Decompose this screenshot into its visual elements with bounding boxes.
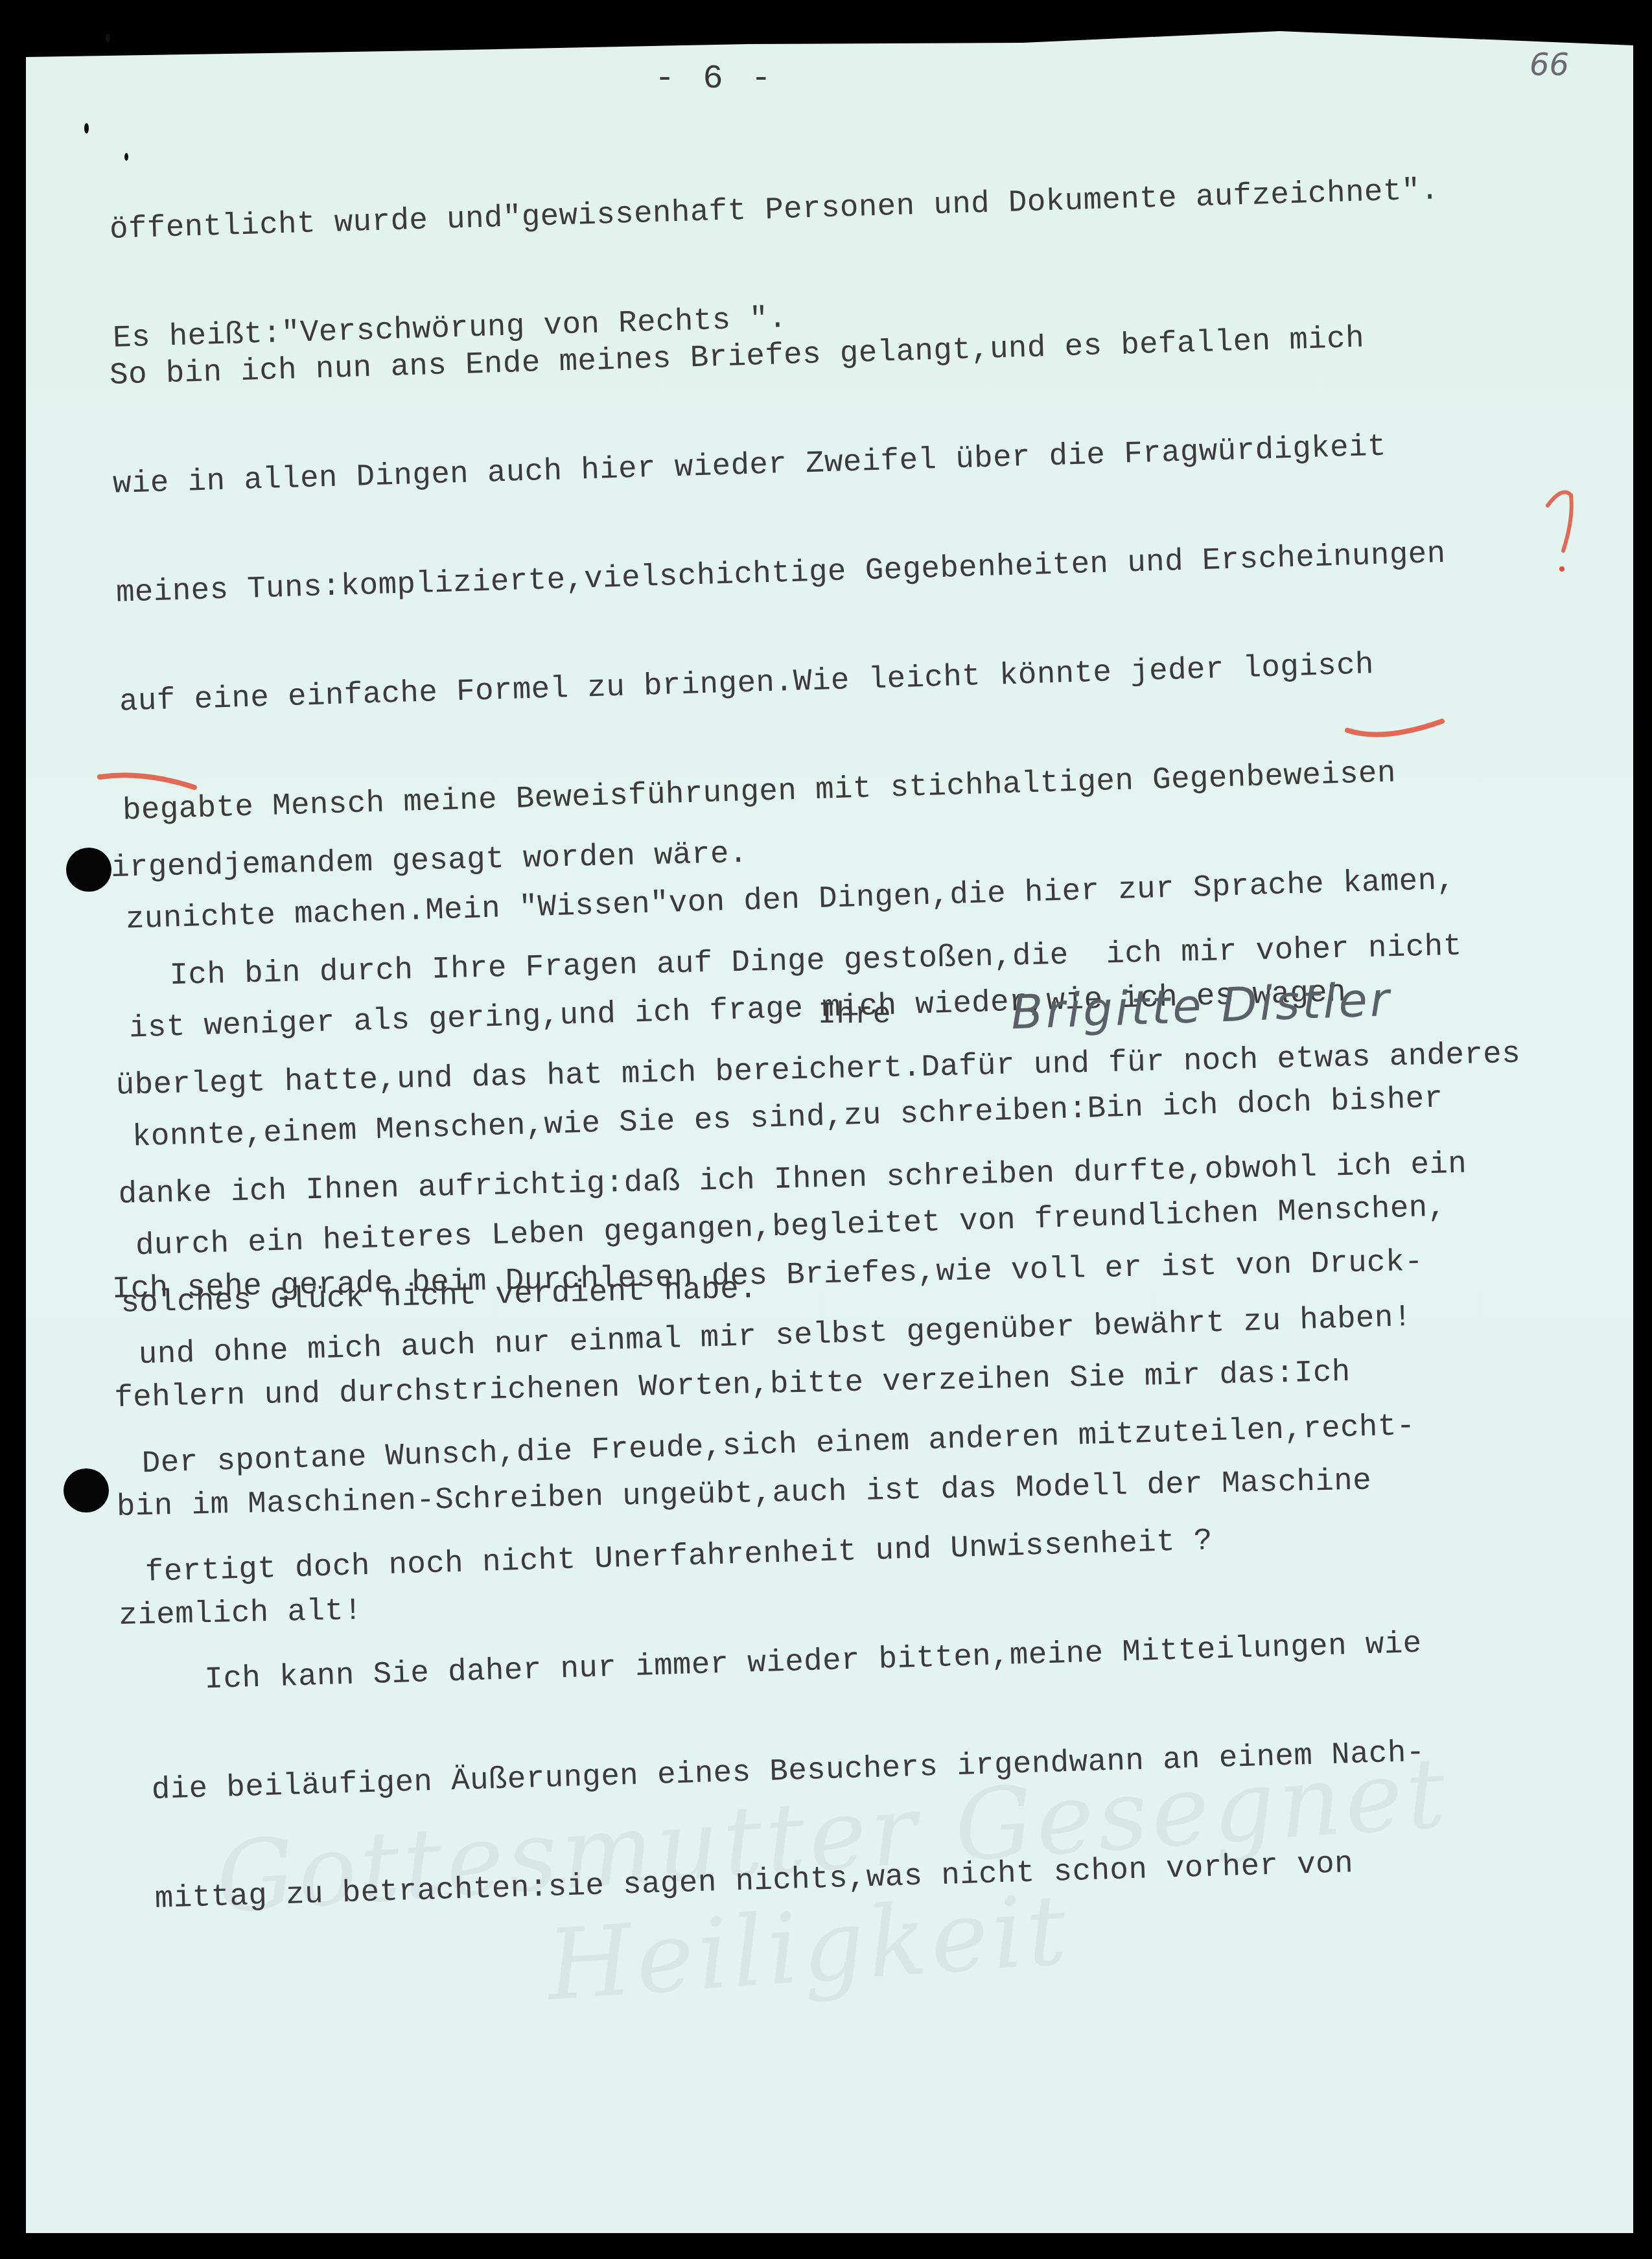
punch-hole [64,1468,109,1512]
red-underline-mark [1345,716,1448,742]
text-line: öffentlicht wurde und"gewissenhaft Perso… [109,172,1439,248]
text-line: ziemlich alt! [119,1570,1430,1634]
text-line: mittag zu betrachten:sie sagen nichts,wa… [154,1842,1485,1917]
scan-speck [84,123,89,133]
text-line: irgendjemandem gesagt worden wäre. [111,818,1517,886]
postscript: Ich sehe gerade beim Durchlesen des Brie… [110,1172,1431,1671]
page-number: - 6 - [655,60,775,98]
red-question-mark-icon [1542,480,1581,577]
text-line: So bin ich nun ans Ende meines Briefes g… [109,318,1439,394]
text-line: überlegt hatte,und das hat mich bereiche… [115,1036,1521,1104]
scan-speck [106,34,110,43]
text-line: fehlern und durchstrichenen Worten,bitte… [114,1353,1426,1417]
text-line: meines Tuns:komplizierte,vielschichtige … [115,536,1446,612]
punch-hole [66,848,111,892]
text-line: Ich sehe gerade beim Durchlesen des Brie… [111,1244,1423,1308]
text-line: bin im Maschinen-Schreiben ungeübt,auch … [116,1462,1428,1525]
text-line: die beiläufigen Äußerungen eines Besuche… [151,1733,1482,1809]
text-line: wie in allen Dingen auch hier wieder Zwe… [112,427,1443,503]
red-underline-mark [97,768,201,794]
archive-number: 66 [1530,47,1569,83]
closing-greeting: Ihre [818,998,891,1032]
text-line: auf eine einfache Formel zu bringen.Wie … [119,645,1449,721]
